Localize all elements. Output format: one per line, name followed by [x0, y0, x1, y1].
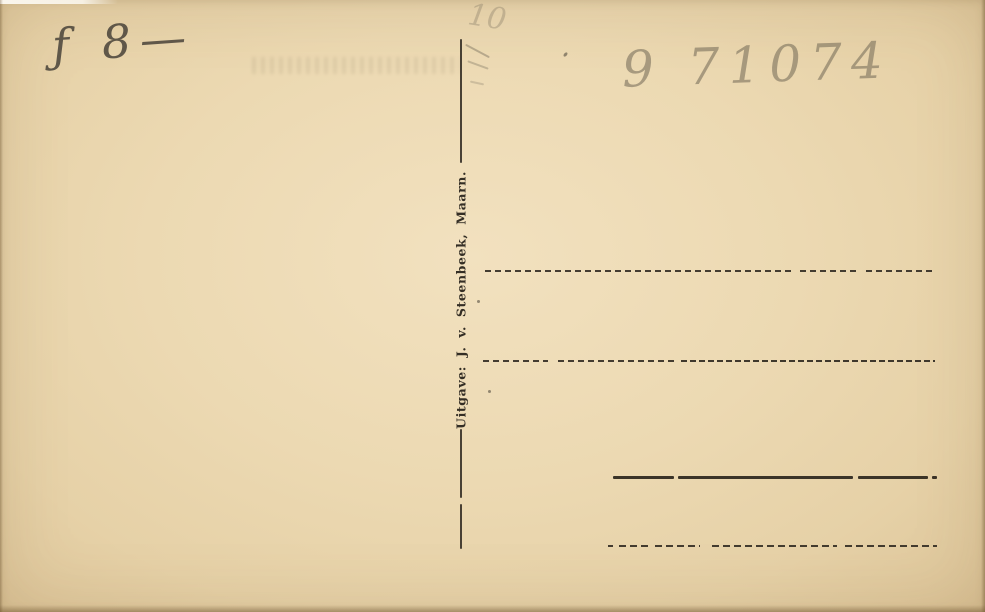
- scan-edge-shadow-left: [0, 0, 3, 612]
- address-line-segment: [866, 270, 933, 272]
- divider-line-bottom-segment: [460, 504, 462, 549]
- pencil-faint-erased-mark: 10: [465, 0, 508, 38]
- address-line-segment: [845, 545, 937, 547]
- address-line-segment: [608, 545, 613, 547]
- scan-edge-shadow-bottom: [0, 605, 985, 612]
- scan-edge-highlight: [0, 0, 118, 4]
- address-line-segment: [655, 545, 700, 547]
- ink-speck: [477, 300, 480, 303]
- address-line-segment: [932, 476, 937, 479]
- ghost-text-impression: [252, 57, 460, 74]
- pencil-inventory-number-handwriting: 9 71074: [621, 31, 893, 98]
- address-line-segment: [619, 545, 648, 547]
- address-line-segment: [558, 360, 676, 362]
- address-line-segment: [613, 476, 674, 479]
- address-line-segment: [712, 545, 837, 547]
- ink-speck: [488, 390, 491, 393]
- address-line-segment: [678, 476, 853, 479]
- postcard-back-scan: ƒ 8— 9 71074 10 Uitgave: J. v. Steenbeek…: [0, 0, 985, 612]
- scan-edge-shadow-right: [981, 0, 985, 612]
- ink-speck: [563, 52, 569, 58]
- divider-line-top-segment: [460, 39, 462, 163]
- address-line-segment: [800, 270, 859, 272]
- address-line-segment: [681, 360, 935, 362]
- pencil-scribble: [467, 60, 488, 69]
- pencil-price-handwriting: ƒ 8—: [50, 9, 196, 73]
- address-line-segment: [858, 476, 928, 479]
- pencil-scribble: [470, 81, 484, 86]
- divider-line-bottom-segment: [460, 429, 462, 498]
- address-line-segment: [483, 360, 548, 362]
- address-line-segment: [485, 270, 791, 272]
- pencil-scribble: [465, 44, 490, 58]
- publisher-imprint-text: Uitgave: J. v. Steenbeek, Maarn.: [454, 171, 469, 429]
